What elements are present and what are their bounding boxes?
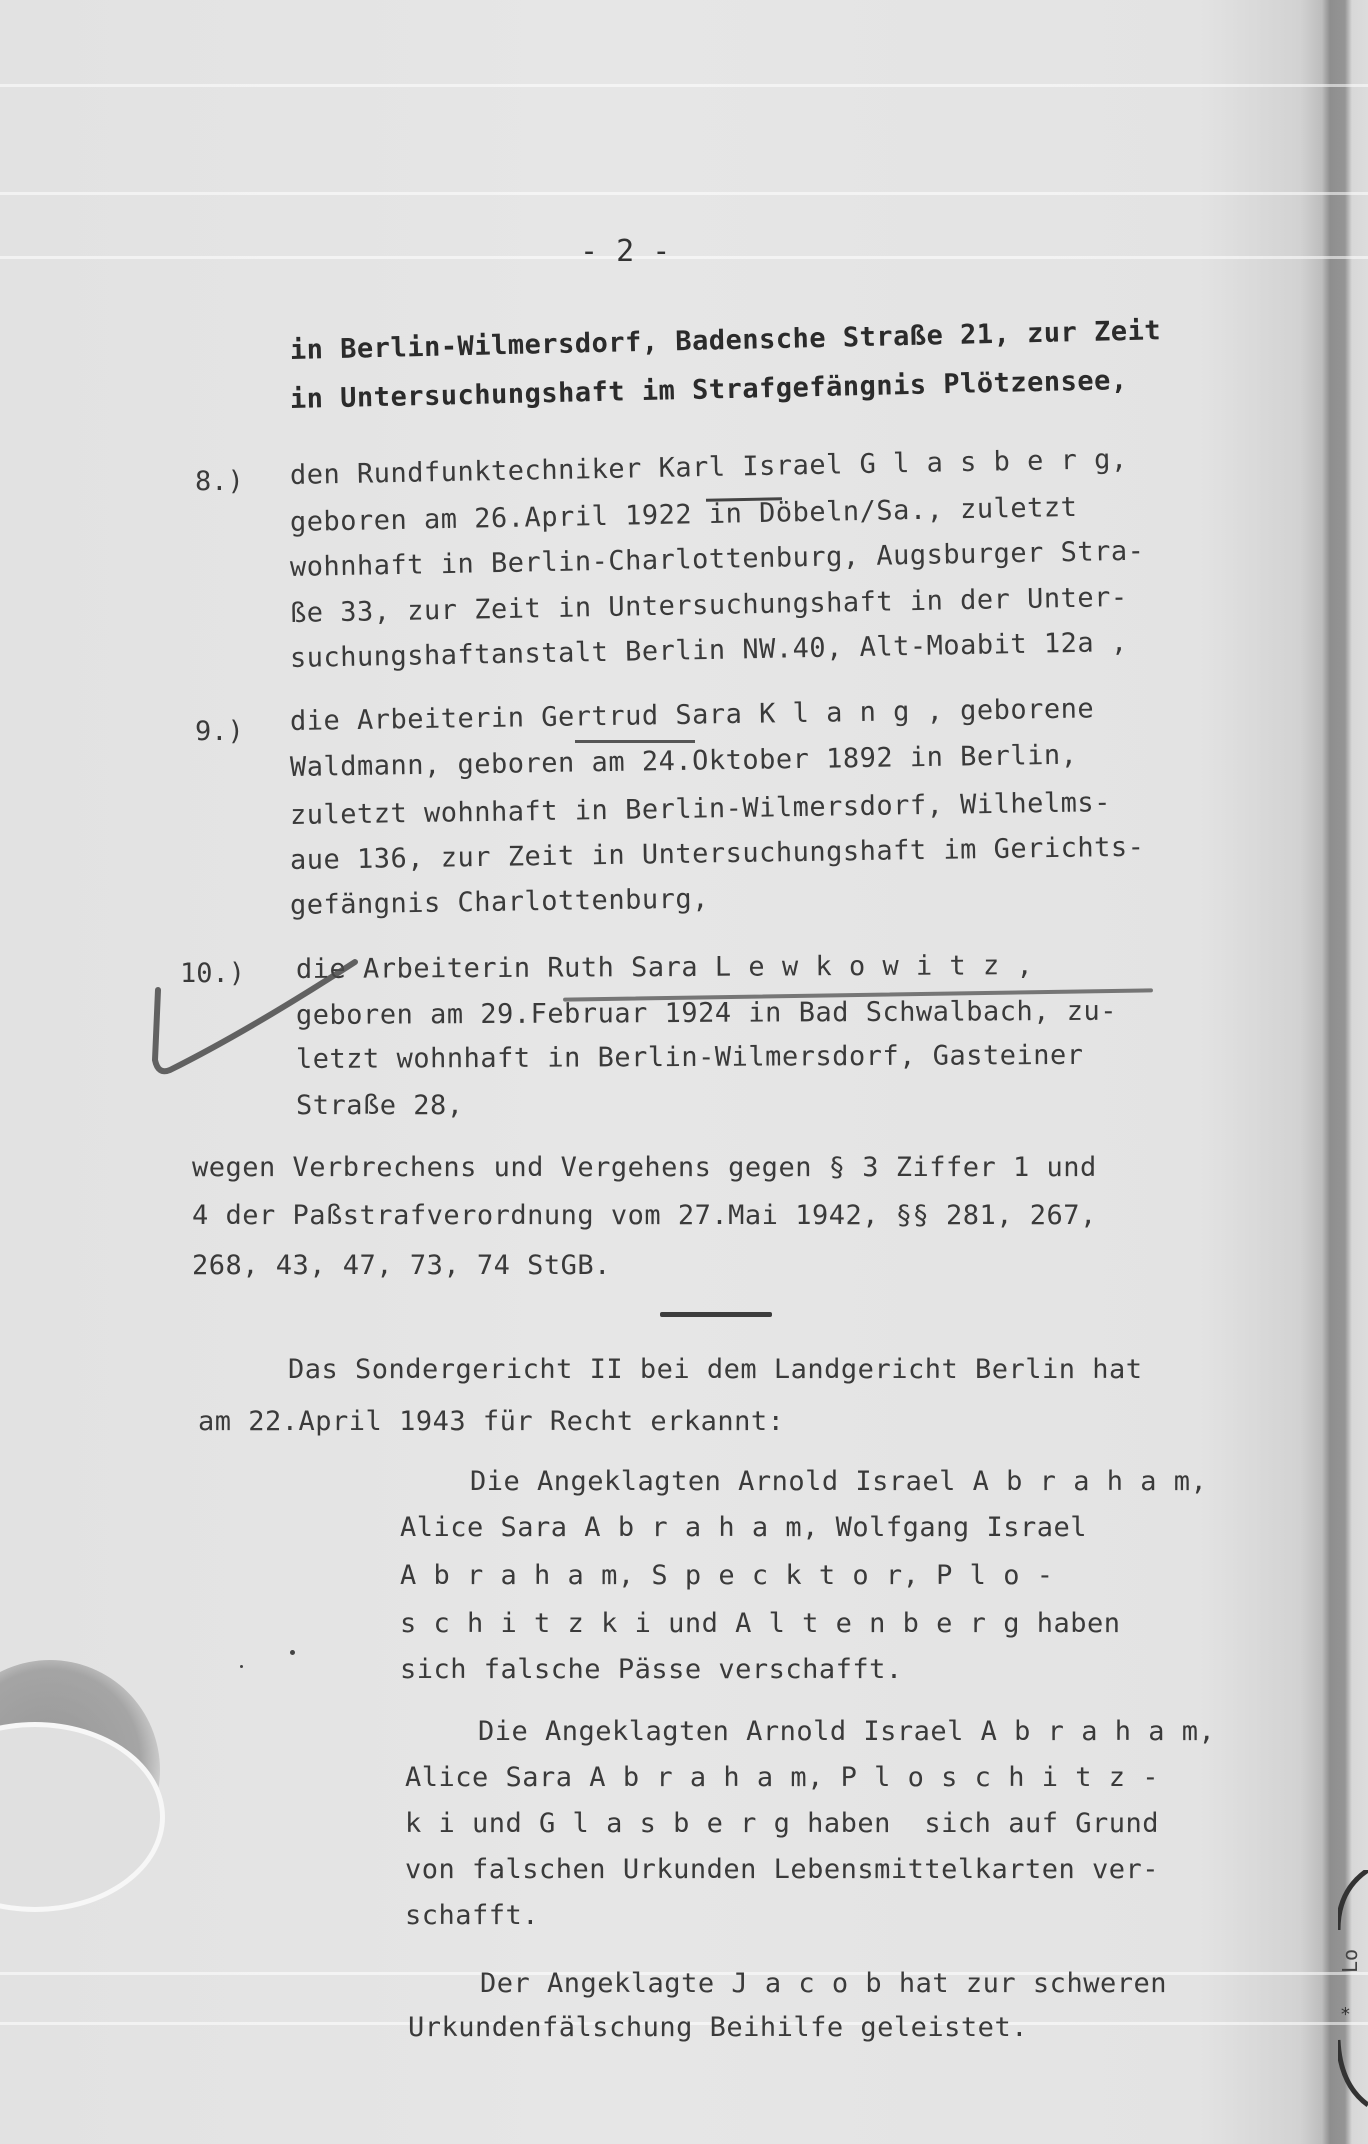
text-line: geboren am 26.April 1922 in Döbeln/Sa., … [290, 492, 1078, 539]
text-line: Straße 28, [296, 1090, 464, 1122]
text-line: in Berlin-Wilmersdorf, Badensche Straße … [290, 315, 1162, 367]
section-separator [660, 1312, 772, 1317]
text-line: zuletzt wohnhaft in Berlin-Wilmersdorf, … [290, 787, 1111, 832]
checkmark-icon [150, 940, 370, 1090]
text-line: s c h i t z k i und A l t e n b e r g ha… [400, 1608, 1120, 1640]
text-line: wohnhaft in Berlin-Charlottenburg, Augsb… [290, 536, 1145, 584]
stamp-fragment-icon: Lo * [1338, 1870, 1368, 2110]
text-line: sich falsche Pässe verschafft. [400, 1654, 903, 1686]
text-line: von falschen Urkunden Lebensmittelkarten… [405, 1854, 1159, 1886]
text-line: k i und G l a s b e r g haben sich auf G… [405, 1808, 1159, 1840]
text-line: letzt wohnhaft in Berlin-Wilmersdorf, Ga… [296, 1040, 1084, 1076]
text-line-content: den Rundfunktechniker Karl Israel G l a … [290, 444, 1128, 491]
text-line: Der Angeklagte J a c o b hat zur schwere… [480, 1968, 1167, 2000]
text-line: die Arbeiterin Gertrud Sara K l a n g , … [290, 693, 1095, 738]
ink-dot [290, 1650, 295, 1655]
document-page: - 2 - in Berlin-Wilmersdorf, Badensche S… [0, 0, 1368, 2144]
name-underline [575, 740, 695, 743]
entry-number: 9.) [195, 716, 244, 747]
text-line: die Arbeiterin Ruth Sara L e w k o w i t… [296, 950, 1033, 986]
text-line: 268, 43, 47, 73, 74 StGB. [192, 1250, 611, 1282]
entry-number: 8.) [195, 466, 244, 497]
text-line: wegen Verbrechens und Vergehens gegen § … [192, 1152, 1097, 1184]
text-line: den Rundfunktechniker Karl Israel G l a … [290, 444, 1128, 492]
text-line: Alice Sara A b r a h a m, Wolfgang Israe… [400, 1512, 1087, 1544]
scan-line [0, 192, 1368, 195]
text-line: suchungshaftanstalt Berlin NW.40, Alt-Mo… [290, 627, 1128, 675]
text-line: gefängnis Charlottenburg, [290, 883, 709, 922]
text-line: 4 der Paßstrafverordnung vom 27.Mai 1942… [192, 1200, 1097, 1232]
text-line: Die Angeklagten Arnold Israel A b r a h … [478, 1716, 1215, 1748]
text-line: Die Angeklagten Arnold Israel A b r a h … [470, 1466, 1207, 1498]
text-line: Urkundenfälschung Beihilfe geleistet. [408, 2012, 1028, 2044]
text-line: schafft. [405, 1900, 539, 1932]
text-line: A b r a h a m, S p e c k t o r, P l o - [400, 1560, 1053, 1592]
text-line: aue 136, zur Zeit in Untersuchungshaft i… [290, 832, 1145, 877]
page-number: - 2 - [580, 234, 670, 269]
stamp-text: Lo [1338, 1949, 1362, 1973]
scan-line [0, 256, 1368, 259]
text-line: in Untersuchungshaft im Strafgefängnis P… [290, 365, 1128, 416]
text-line: Alice Sara A b r a h a m, P l o s c h i … [405, 1762, 1159, 1794]
scan-line [0, 84, 1368, 87]
text-line: ße 33, zur Zeit in Untersuchungshaft in … [290, 582, 1128, 630]
text-line: Waldmann, geboren am 24.Oktober 1892 in … [290, 740, 1078, 784]
text-line: Das Sondergericht II bei dem Landgericht… [288, 1354, 1143, 1386]
text-line: geboren am 29.Februar 1924 in Bad Schwal… [296, 996, 1117, 1032]
stamp-star: * [1340, 2004, 1351, 2025]
ink-dot [240, 1665, 243, 1668]
text-line: am 22.April 1943 für Recht erkannt: [198, 1406, 784, 1438]
